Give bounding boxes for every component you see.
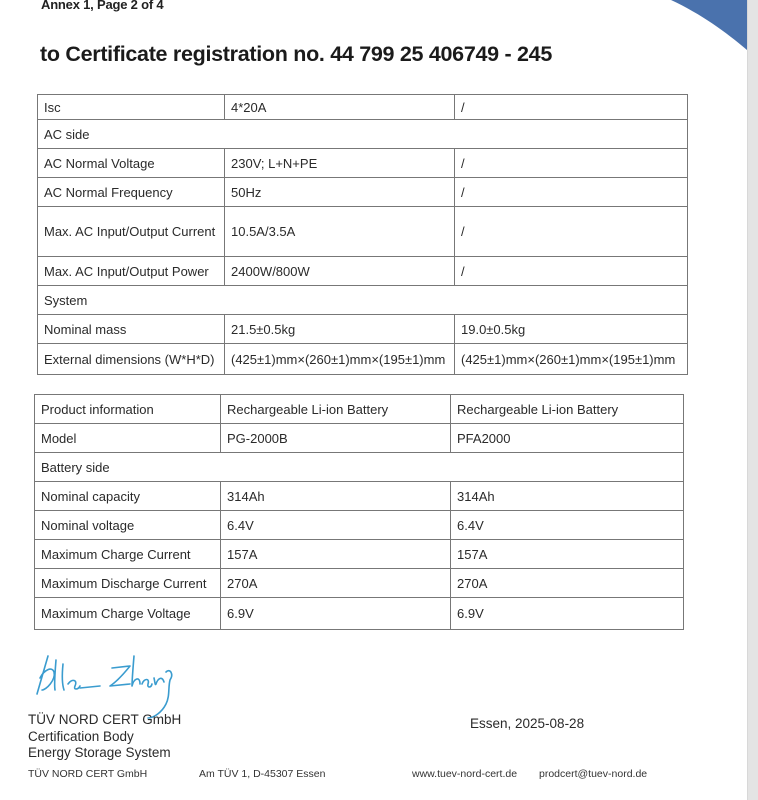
row-label: Nominal voltage xyxy=(35,511,221,540)
value-model-2: / xyxy=(455,149,688,178)
issuer-block: TÜV NORD CERT GmbH Certification Body En… xyxy=(28,712,181,762)
value-model-2: / xyxy=(455,95,688,120)
value-model-1: 6.9V xyxy=(221,598,451,630)
table-row: Maximum Charge Current 157A 157A xyxy=(35,540,684,569)
value-model-2: 6.9V xyxy=(451,598,684,630)
row-label: Product information xyxy=(35,395,221,424)
certificate-registration-title: to Certificate registration no. 44 799 2… xyxy=(40,42,552,67)
certificate-page: Annex 1, Page 2 of 4 to Certificate regi… xyxy=(0,0,748,800)
value-model-1: PG-2000B xyxy=(221,424,451,453)
value-model-1: 21.5±0.5kg xyxy=(225,315,455,344)
table-row: Max. AC Input/Output Current 10.5A/3.5A … xyxy=(38,207,688,257)
row-label: AC Normal Frequency xyxy=(38,178,225,207)
value-model-2: 270A xyxy=(451,569,684,598)
value-model-1: 50Hz xyxy=(225,178,455,207)
value-model-2: / xyxy=(455,257,688,286)
section-row-system: System xyxy=(38,286,688,315)
value-model-2: 6.4V xyxy=(451,511,684,540)
table-row: Model PG-2000B PFA2000 xyxy=(35,424,684,453)
table-row: Maximum Charge Voltage 6.9V 6.9V xyxy=(35,598,684,630)
row-label: Isc xyxy=(38,95,225,120)
issuer-role: Certification Body xyxy=(28,729,181,746)
row-label: External dimensions (W*H*D) xyxy=(38,344,225,375)
value-model-2: Rechargeable Li-ion Battery xyxy=(451,395,684,424)
section-heading: AC side xyxy=(38,120,688,149)
value-model-2: 157A xyxy=(451,540,684,569)
section-row-ac-side: AC side xyxy=(38,120,688,149)
row-label: Nominal mass xyxy=(38,315,225,344)
issuer-company: TÜV NORD CERT GmbH xyxy=(28,712,181,729)
table-row: AC Normal Frequency 50Hz / xyxy=(38,178,688,207)
specs-table-system: Isc 4*20A / AC side AC Normal Voltage 23… xyxy=(37,94,688,375)
place-and-date: Essen, 2025-08-28 xyxy=(470,716,584,731)
value-model-1: 314Ah xyxy=(221,482,451,511)
specs-table-battery: Product information Rechargeable Li-ion … xyxy=(34,394,684,630)
row-label: Maximum Discharge Current xyxy=(35,569,221,598)
table-row: Maximum Discharge Current 270A 270A xyxy=(35,569,684,598)
row-label: Model xyxy=(35,424,221,453)
handwritten-signature xyxy=(30,648,180,720)
row-label: Max. AC Input/Output Power xyxy=(38,257,225,286)
row-label: AC Normal Voltage xyxy=(38,149,225,178)
row-label: Max. AC Input/Output Current xyxy=(38,207,225,257)
footer-company: TÜV NORD CERT GmbH xyxy=(28,768,147,780)
value-model-2: / xyxy=(455,178,688,207)
value-model-1: Rechargeable Li-ion Battery xyxy=(221,395,451,424)
row-label: Maximum Charge Voltage xyxy=(35,598,221,630)
table-row: Nominal voltage 6.4V 6.4V xyxy=(35,511,684,540)
value-model-1: 10.5A/3.5A xyxy=(225,207,455,257)
value-model-2: / xyxy=(455,207,688,257)
value-model-1: 270A xyxy=(221,569,451,598)
table-row: Isc 4*20A / xyxy=(38,95,688,120)
row-label: Nominal capacity xyxy=(35,482,221,511)
corner-accent-shape xyxy=(671,0,747,50)
value-model-1: 157A xyxy=(221,540,451,569)
footer-email-link[interactable]: prodcert@tuev-nord.de xyxy=(539,768,647,780)
value-model-1: (425±1)mm×(260±1)mm×(195±1)mm xyxy=(225,344,455,375)
section-heading: System xyxy=(38,286,688,315)
value-model-1: 6.4V xyxy=(221,511,451,540)
section-heading: Battery side xyxy=(35,453,684,482)
value-model-2: PFA2000 xyxy=(451,424,684,453)
issuer-department: Energy Storage System xyxy=(28,745,181,762)
table-row: Product information Rechargeable Li-ion … xyxy=(35,395,684,424)
table-row: Max. AC Input/Output Power 2400W/800W / xyxy=(38,257,688,286)
value-model-2: (425±1)mm×(260±1)mm×(195±1)mm xyxy=(455,344,688,375)
table-row: External dimensions (W*H*D) (425±1)mm×(2… xyxy=(38,344,688,375)
value-model-1: 230V; L+N+PE xyxy=(225,149,455,178)
footer-website-link[interactable]: www.tuev-nord-cert.de xyxy=(412,768,517,780)
section-row-battery-side: Battery side xyxy=(35,453,684,482)
table-row: AC Normal Voltage 230V; L+N+PE / xyxy=(38,149,688,178)
table-row: Nominal capacity 314Ah 314Ah xyxy=(35,482,684,511)
footer-address: Am TÜV 1, D-45307 Essen xyxy=(199,768,325,780)
row-label: Maximum Charge Current xyxy=(35,540,221,569)
value-model-1: 4*20A xyxy=(225,95,455,120)
value-model-2: 314Ah xyxy=(451,482,684,511)
table-row: Nominal mass 21.5±0.5kg 19.0±0.5kg xyxy=(38,315,688,344)
annex-page-label: Annex 1, Page 2 of 4 xyxy=(41,0,163,12)
value-model-1: 2400W/800W xyxy=(225,257,455,286)
value-model-2: 19.0±0.5kg xyxy=(455,315,688,344)
